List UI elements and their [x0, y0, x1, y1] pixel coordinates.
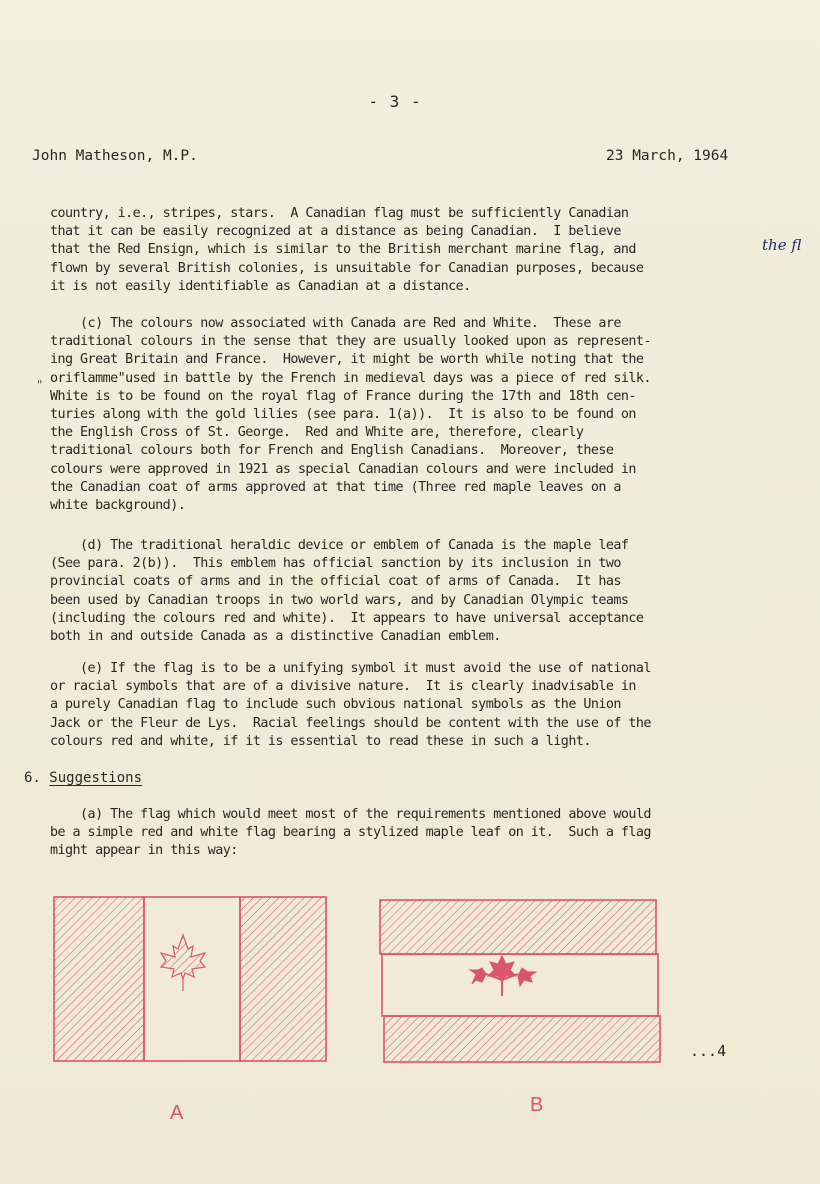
flag-sketch-a [52, 895, 328, 1065]
quote-mark: " [36, 378, 43, 392]
maple-leaf-icon [161, 935, 205, 991]
flag-sketch-b [378, 896, 662, 1064]
maple-sprig-icon [470, 956, 536, 996]
page-number: - 3 - [0, 92, 790, 111]
section-number: 6. [24, 770, 41, 786]
continuation-marker: ...4 [690, 1042, 726, 1060]
figure-label-b: B [530, 1094, 543, 1117]
section-title: Suggestions [49, 770, 142, 786]
paragraph-suggestion-a: (a) The flag which would meet most of th… [50, 806, 795, 861]
header-sender: John Matheson, M.P. [32, 148, 198, 164]
figure-label-a: A [170, 1102, 183, 1125]
document-page: - 3 - John Matheson, M.P. 23 March, 1964… [0, 0, 820, 1184]
header-date: 23 March, 1964 [606, 148, 728, 164]
paragraph-c: (c) The colours now associated with Cana… [50, 315, 795, 515]
paragraph-e: (e) If the flag is to be a unifying symb… [50, 660, 795, 751]
section-heading: 6. Suggestions [24, 770, 142, 786]
paragraph-continued: country, i.e., stripes, stars. A Canadia… [50, 205, 795, 296]
paragraph-d: (d) The traditional heraldic device or e… [50, 537, 795, 646]
handwritten-annotation: the fl [762, 236, 801, 254]
